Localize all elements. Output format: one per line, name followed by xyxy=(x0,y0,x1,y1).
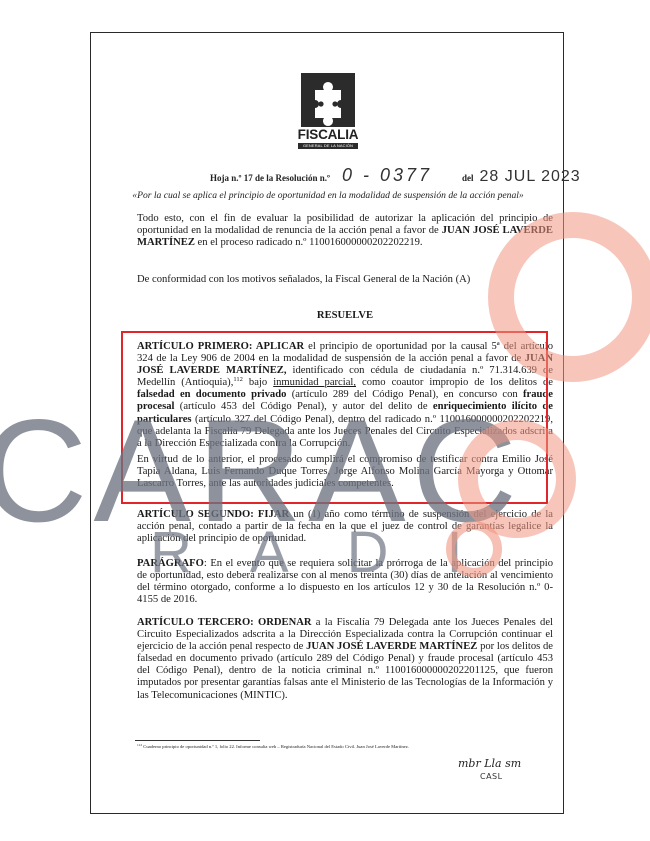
resolution-number: 0 - 0377 xyxy=(342,165,432,186)
article-3: ARTÍCULO TERCERO: ORDENAR a la Fiscalía … xyxy=(137,617,553,702)
intro-paragraph: Todo esto, con el fin de evaluar la posi… xyxy=(137,213,553,249)
article-2: ARTÍCULO SEGUNDO: FIJAR un (1) año como … xyxy=(137,509,553,545)
sheet-label: Hoja n.º 17 de la Resolución n.º xyxy=(210,173,330,183)
footnote-text: Cuaderno principio de oportunidad n.º 1,… xyxy=(142,744,409,749)
intro-text-end: en el proceso radicado n.º 1100160000002… xyxy=(195,237,423,248)
date-prefix: del xyxy=(462,173,474,183)
article-3-label: ARTÍCULO TERCERO: ORDENAR xyxy=(137,617,312,628)
footnote-divider xyxy=(135,740,260,741)
signature-code: CASL xyxy=(480,772,503,781)
resolve-heading: RESUELVE xyxy=(137,310,553,322)
highlight-box xyxy=(121,331,548,504)
person-name: JUAN JOSÉ LAVERDE MARTÍNEZ xyxy=(306,641,477,652)
puzzle-piece-icon xyxy=(301,73,355,127)
logo-text: FISCALIA xyxy=(296,128,360,141)
signature-initials: mbr Lla sm xyxy=(458,757,521,770)
footnote: 112 Cuaderno principio de oportunidad n.… xyxy=(137,744,557,749)
resolution-header: Hoja n.º 17 de la Resolución n.º 0 - 037… xyxy=(210,165,581,186)
logo-subtext: GENERAL DE LA NACIÓN xyxy=(298,143,358,149)
fiscalia-logo xyxy=(301,73,355,127)
paragraph-clause: PARÁGRAFO: En el evento que se requiera … xyxy=(137,558,553,606)
conformity-paragraph: De conformidad con los motivos señalados… xyxy=(137,274,553,286)
article-2-label: ARTÍCULO SEGUNDO: FIJAR xyxy=(137,509,289,520)
resolution-subtitle: «Por la cual se aplica el principio de o… xyxy=(100,190,556,201)
resolution-date: 28 JUL 2023 xyxy=(480,168,581,186)
paragraph-label: PARÁGRAFO xyxy=(137,558,204,569)
